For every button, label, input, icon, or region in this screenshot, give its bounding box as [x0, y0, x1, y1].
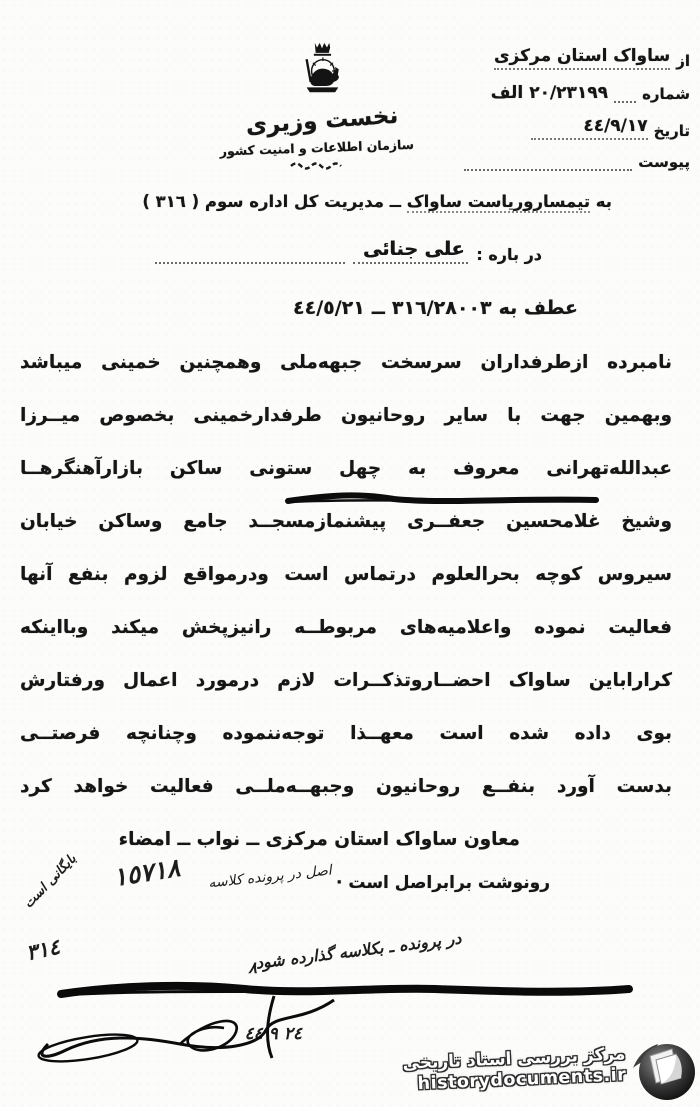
- handdrawn-underline: [284, 492, 602, 508]
- watermark-text: مرکز بررسی اسناد تاریخی historydocuments…: [402, 1045, 627, 1098]
- number-dotted-leader: [614, 87, 636, 103]
- body-line: فعالیت نموده واعلامیه‌های مربوطــه رانیز…: [20, 603, 672, 656]
- reference-dash: ــ: [372, 297, 385, 319]
- meta-from-row: از ساواک استان مرکزی: [412, 46, 690, 70]
- subject-value: علی جنائی: [353, 238, 469, 264]
- archive-watermark: مرکز بررسی اسناد تاریخی historydocuments…: [403, 1038, 696, 1104]
- reference-date: ٤٤/٥/٢١: [293, 297, 365, 319]
- letterhead-title: نخست وزیری: [229, 102, 414, 141]
- handwritten-filing-order: در پرونده ـ بکلاسه گذارده شود: [255, 928, 463, 972]
- number-label: شماره: [642, 85, 690, 103]
- body-line: بوی داده شده است معهــذا توجه‌ننموده وچن…: [20, 709, 672, 762]
- subject-dotted-leader: [155, 248, 345, 264]
- body-line: نامبرده ازطرفداران سرسخت جبهه‌ملی وهمچنی…: [20, 338, 672, 391]
- date-underline: ٤٤/٩/١٧: [531, 116, 647, 140]
- lion-and-sun-emblem-icon: [293, 40, 351, 102]
- number-suffix: الف: [491, 83, 523, 103]
- meta-date-row: تاریخ ٤٤/٩/١٧: [412, 116, 690, 140]
- addressee-to: به: [596, 192, 612, 211]
- from-label: از: [676, 52, 690, 70]
- attachment-label: پیوست: [638, 153, 690, 171]
- subject-line: در باره : علی جنائی: [155, 238, 542, 264]
- body-line: بدست آورد بنفــع روحانیون وجبهــه‌ملــی …: [20, 762, 672, 815]
- meta-number-row: شماره ٢٠/٢٣١٩٩ الف: [412, 83, 690, 103]
- meta-attachment-row: پیوست: [412, 153, 690, 171]
- number-value: ٢٠/٢٣١٩٩: [529, 83, 608, 103]
- addressee-rest: ــ مدیریت کل اداره سوم ( ٣١٦ ): [142, 192, 401, 211]
- reference-label: عطف به: [499, 297, 578, 319]
- handwritten-margin-number: ٣١٤: [24, 935, 62, 966]
- letter-body: نامبرده ازطرفداران سرسخت جبهه‌ملی وهمچنی…: [20, 338, 672, 868]
- document-meta: از ساواک استان مرکزی شماره ٢٠/٢٣١٩٩ الف …: [412, 46, 690, 184]
- signature-scrawl: [22, 990, 352, 1072]
- letterhead: نخست وزیری سازمان اطلاعات و امنیت کشور: [230, 40, 414, 175]
- certified-copy-note: رونوشت برابراصل است ·: [336, 873, 550, 893]
- addressee-org: تیمساروریاست ساواک: [407, 192, 590, 213]
- reference-line: عطف به ٣١٦/٢٨٠٠٣ ــ ٤٤/٥/٢١: [293, 297, 578, 319]
- signatory-line: معاون ساواک استان مرکزی ــ نواب ــ امضاء: [20, 815, 672, 868]
- body-line: وبهمین جهت با سایر روحانیون طرفدارخمینی …: [20, 391, 672, 444]
- subject-label: در باره :: [476, 245, 542, 264]
- letterhead-subtitle: سازمان اطلاعات و امنیت کشور: [230, 137, 414, 158]
- body-line: کراراباین ساواک احضــاروتذکــرات لازم در…: [20, 656, 672, 709]
- from-value: ساواک استان مرکزی: [494, 46, 670, 70]
- attachment-dotted-leader: [464, 155, 632, 171]
- date-value: ٤٤/٩/١٧: [583, 116, 647, 136]
- reference-number: ٣١٦/٢٨٠٠٣: [392, 297, 492, 319]
- scanned-document-page: نخست وزیری سازمان اطلاعات و امنیت کشور ا…: [0, 0, 700, 1107]
- body-line: عبدالله‌تهرانی معروف به چهل ستونی ساکن ب…: [20, 444, 672, 497]
- letterhead-scribble-mark: [287, 159, 357, 171]
- handwritten-digit: ٨: [248, 958, 257, 977]
- body-line: سیروس کوچه بحرالعلوم درتماس است ودرمواقع…: [20, 550, 672, 603]
- date-label: تاریخ: [654, 122, 690, 140]
- archive-logo-icon: [630, 1038, 696, 1104]
- addressee-line: به تیمساروریاست ساواک ــ مدیریت کل اداره…: [142, 192, 612, 211]
